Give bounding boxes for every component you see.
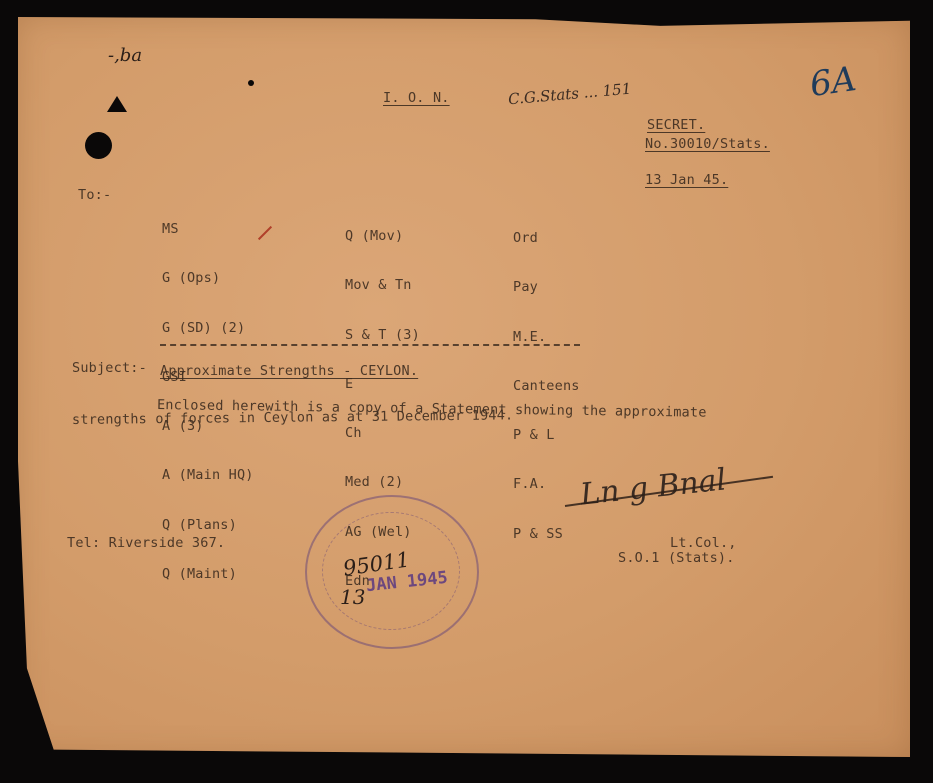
recipient: G (Ops) [162,270,254,287]
punch-hole [85,132,112,159]
recipient: Q (Plans) [162,517,254,534]
to-label: To:- [78,187,111,203]
recipient: MS [162,221,254,238]
recipient: Med (2) [345,474,420,491]
recipient: A (Main HQ) [162,467,254,484]
recipient: Q (Maint) [162,566,254,583]
dashed-separator [160,344,580,346]
telephone-number: Tel: Riverside 367. [67,535,225,551]
recipient: Ch [345,425,420,442]
subject-label: Subject:- [72,360,147,376]
recipient: Mov & Tn [345,277,420,294]
recipient: G (SD) (2) [162,320,254,337]
folio-number: 6A [807,59,858,105]
recipient: P & L [513,427,580,444]
ink-dot [248,80,254,86]
recipient: Ord [513,230,580,247]
recipient: P & SS [513,526,580,543]
recipient: Canteens [513,378,580,395]
classification-label: SECRET. [647,117,705,133]
reference-number: No.30010/Stats. [645,136,770,152]
memo-date: 13 Jan 45. [645,172,728,188]
recipient: S & T (3) [345,327,420,344]
stamp-day: 13 [340,585,365,609]
recipient: F.A. [513,476,580,493]
recipient: Pay [513,279,580,296]
memo-type-title: I. O. N. [383,90,450,106]
signatory-title: S.O.1 (Stats). [618,550,735,566]
signatory-rank: Lt.Col., [670,535,737,551]
top-left-scribble: -,ba [108,45,142,66]
document-sheet [18,17,910,757]
recipient: Q (Mov) [345,228,420,245]
subject-text: Approximate Strengths - CEYLON. [160,363,418,379]
torn-triangle-mark [107,96,127,112]
